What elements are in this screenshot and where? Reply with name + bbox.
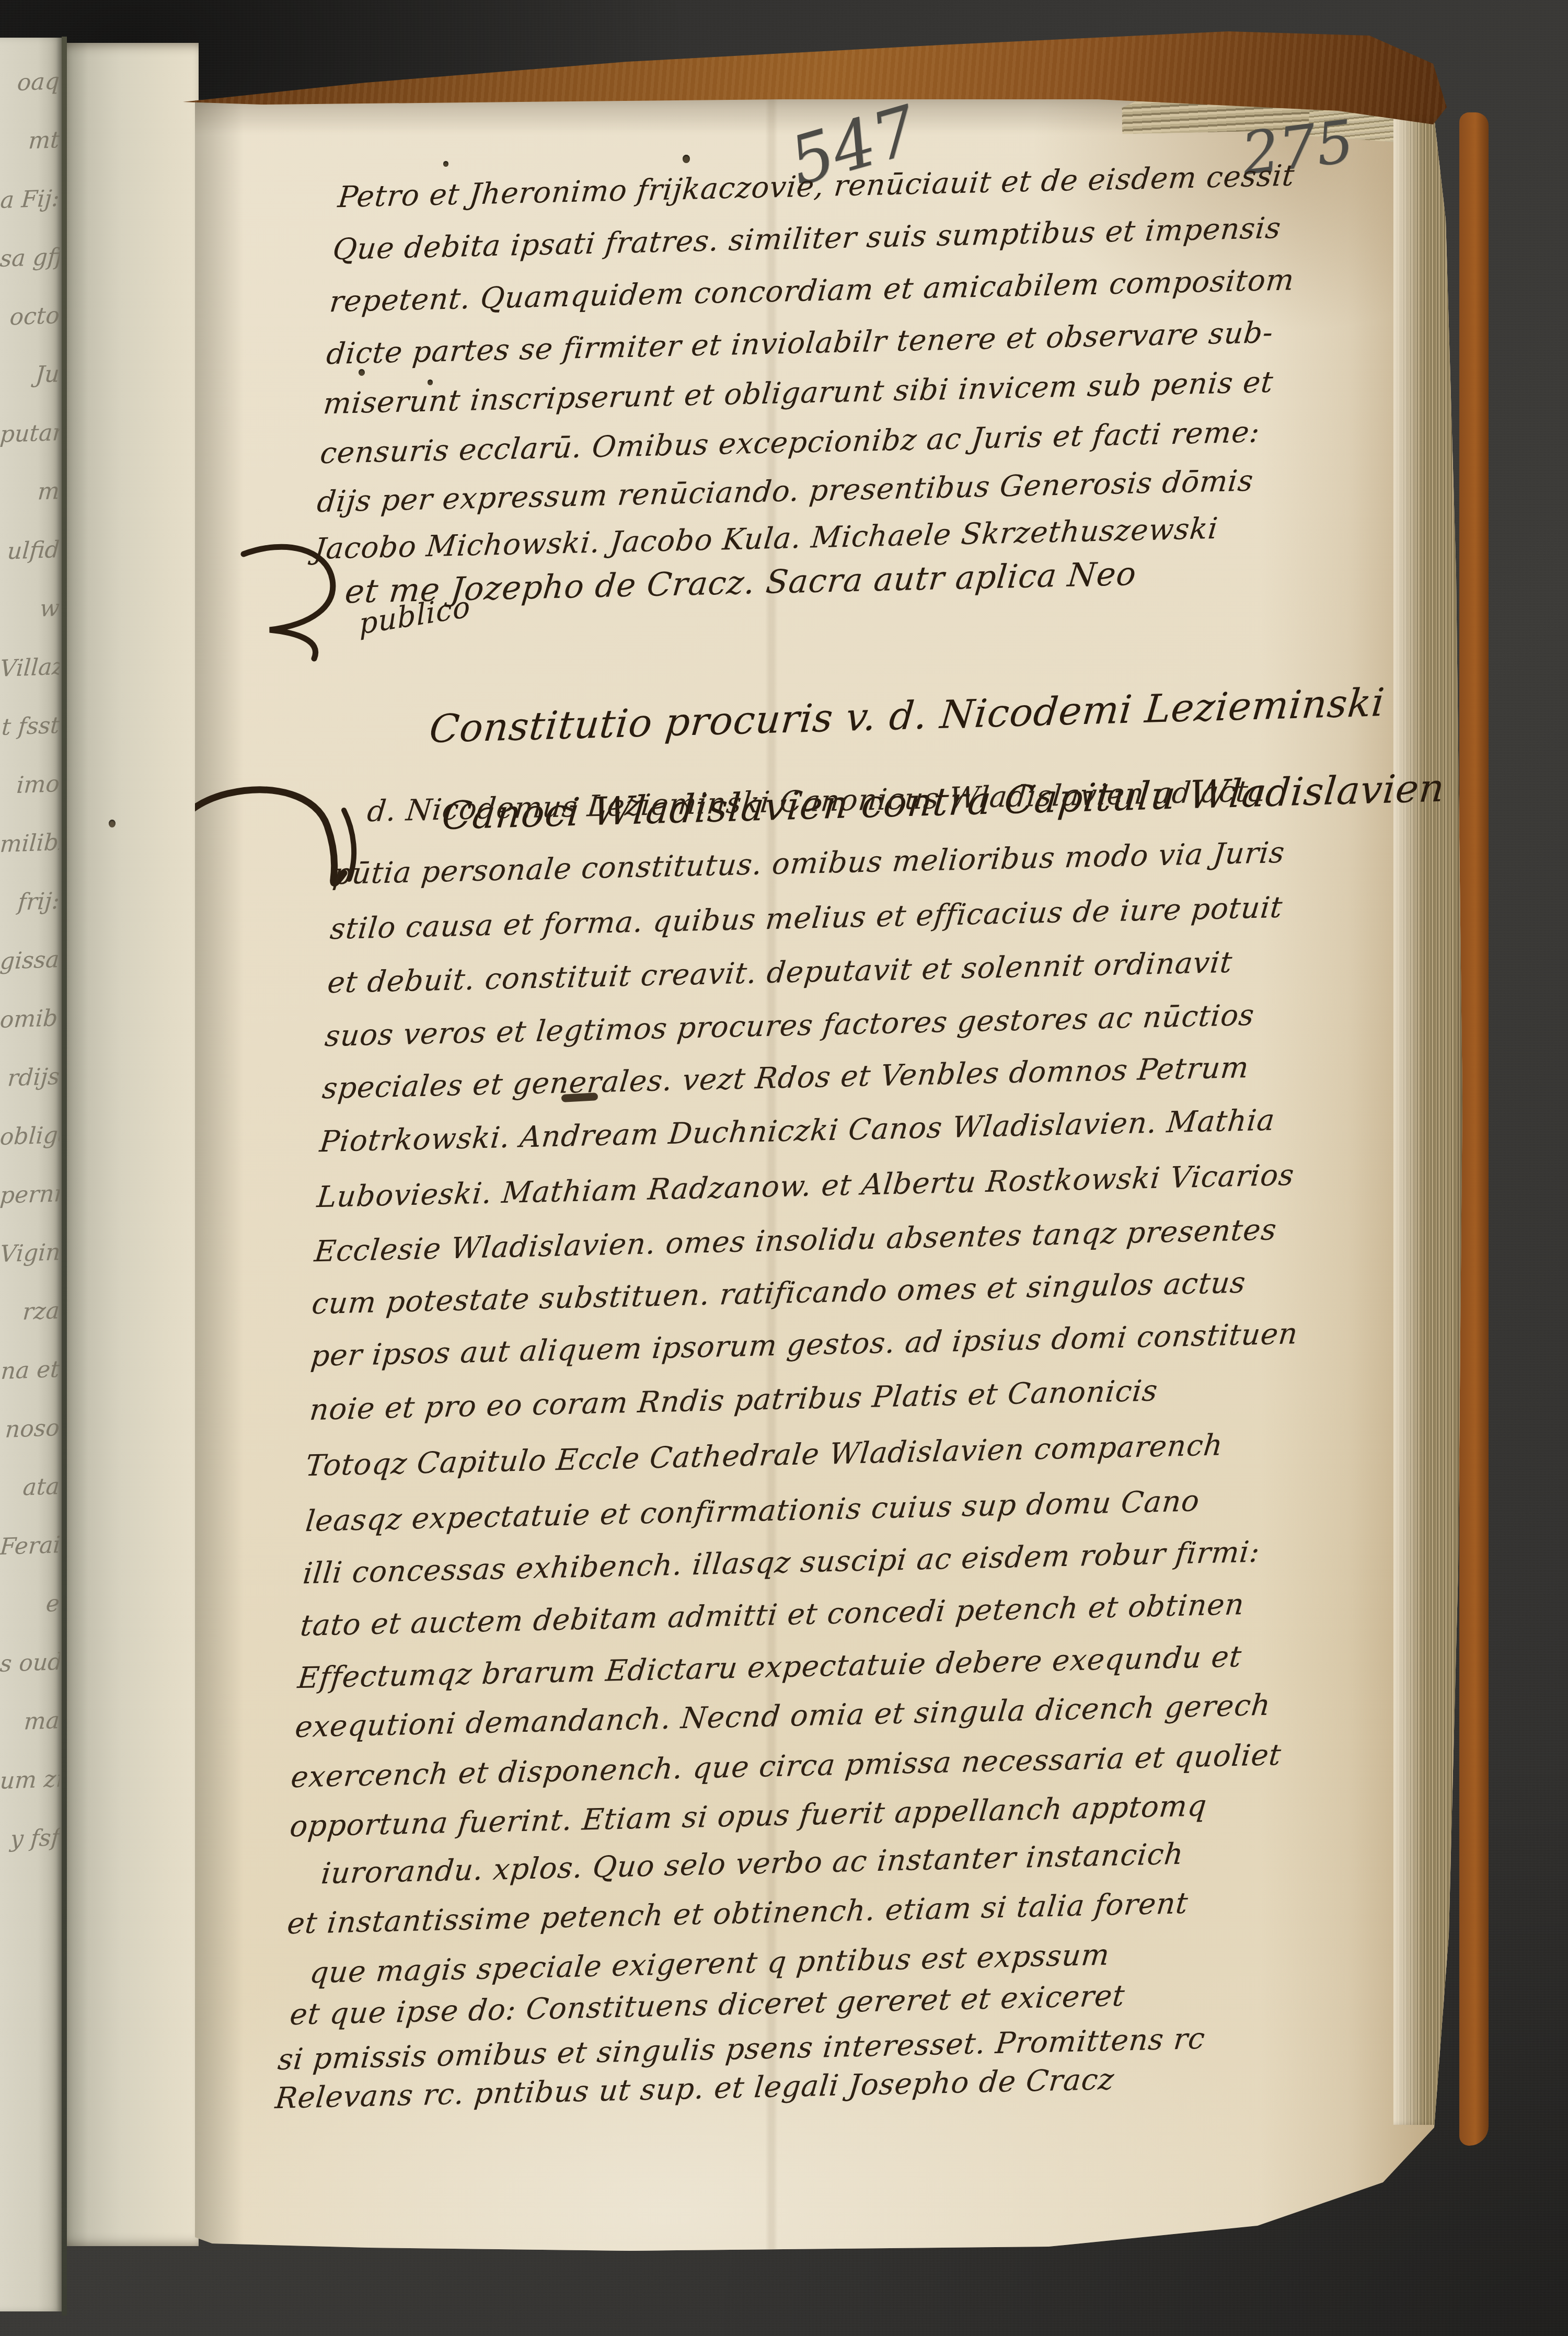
- marginal-fragment: Vigini: [0, 1239, 61, 1268]
- marginal-fragment: y fsf: [0, 1824, 61, 1853]
- manuscript-line: speciales et generales. vezt Rdos et Ven…: [320, 1051, 1250, 1106]
- manuscript-line: illi concessas exhibench. illasqz suscip…: [301, 1535, 1261, 1591]
- manuscript-line: suos veros et legtimos procures factores…: [323, 998, 1256, 1054]
- manuscript-line: cum potestate substituen. ratificando om…: [310, 1265, 1247, 1321]
- manuscript-line: Lubovieski. Mathiam Radzanow. et Albertu…: [315, 1158, 1296, 1215]
- marginal-fragment: w: [0, 595, 61, 624]
- manuscript-line: opportuna fuerint. Etiam si opus fuerit …: [288, 1789, 1208, 1844]
- wormhole: [443, 161, 448, 167]
- manuscript-line: tato et auctem debitam admitti et conced…: [298, 1587, 1246, 1643]
- manuscript-line: Piotrkowski. Andream Duchniczki Canos Wl…: [318, 1103, 1276, 1159]
- marginal-fragment: noso: [0, 1414, 61, 1443]
- marginal-fragment: mt: [0, 126, 61, 155]
- gutter-shadow: [62, 37, 67, 2316]
- marginal-fragment: ma: [0, 1707, 61, 1736]
- manuscript-line: pūtia personale constitutus. omibus meli…: [331, 836, 1286, 891]
- manuscript-line: iurorandu. xplos. Quo selo verbo ac inst…: [319, 1837, 1185, 1891]
- leather-cover-edge: [1459, 112, 1489, 2146]
- page-gutter-margin: [67, 43, 199, 2246]
- marginal-fragment: e: [0, 1590, 61, 1619]
- notary-flourish: [223, 533, 359, 669]
- marginal-fragment: frij:: [0, 888, 61, 916]
- marginal-fragment: m: [0, 478, 61, 507]
- marginal-fragment: milibz: [0, 829, 61, 858]
- marginal-fragment: obligart: [0, 1122, 61, 1150]
- marginal-fragment: ata: [0, 1473, 61, 1502]
- fore-edge-page-block: [1393, 97, 1462, 2125]
- heading-line: Constitutio procuris v. d. Nicodemi Lezi…: [428, 680, 1387, 752]
- manuscript-line: stilo causa et forma. quibus melius et e…: [328, 891, 1284, 947]
- manuscript-line: repetent. Quamquidem concordiam et amica…: [328, 263, 1296, 319]
- wormhole: [428, 379, 433, 385]
- facing-page-edge: oaq mt a Fij: sa gff octo Ju putam 10 m …: [0, 38, 63, 2311]
- manuscript-line: Totoqz Capitulo Eccle Cathedrale Wladisl…: [304, 1428, 1224, 1483]
- marginal-fragment: imo: [0, 770, 61, 799]
- marginal-fragment: putam 10: [0, 419, 61, 448]
- manuscript-line: noie et pro eo coram Rndis patribus Plat…: [308, 1374, 1159, 1427]
- marginal-fragment: Ju: [0, 361, 61, 389]
- manuscript-line: dicte partes se firmiter et inviolabilr …: [325, 316, 1275, 371]
- marginal-fragment: rdijs: [0, 1063, 61, 1092]
- manuscript-line: et debuit. constituit creavit. deputavit…: [326, 946, 1234, 1000]
- marginal-fragment: sa gff: [0, 244, 61, 272]
- manuscript-line: Effectumqz brarum Edictaru expectatuie d…: [296, 1640, 1243, 1695]
- wormhole: [109, 820, 116, 827]
- manuscript-line: Que debita ipsati fratres. similiter sui…: [331, 211, 1283, 267]
- marginal-fragment: gissas: [0, 946, 61, 975]
- marginal-fragment: ulfid: [0, 536, 61, 565]
- marginal-fragment: omibus: [0, 1005, 61, 1033]
- wormhole: [359, 369, 365, 376]
- manuscript-line: leasqz expectatuie et confirmationis cui…: [304, 1484, 1201, 1538]
- manuscript-line: dijs per expressum renūciando. presentib…: [315, 464, 1255, 519]
- manuscript-scan: oaq mt a Fij: sa gff octo Ju putam 10 m …: [0, 0, 1568, 2336]
- marginal-fragment: rza: [0, 1297, 61, 1326]
- marginal-fragment: t fsst: [0, 712, 61, 741]
- manuscript-line: et instantissime petench et obtinench. e…: [285, 1886, 1190, 1941]
- marginal-fragment: s oud: [0, 1649, 61, 1677]
- marginal-fragment: oaq: [0, 68, 61, 97]
- manuscript-line: exercench et disponench. que circa pmiss…: [289, 1738, 1283, 1794]
- wormhole: [683, 155, 690, 163]
- manuscript-line: exequtioni demandanch. Necnd omia et sin…: [293, 1688, 1272, 1745]
- marginal-fragment: um zm: [0, 1766, 61, 1794]
- marginal-fragment: octo: [0, 302, 61, 331]
- manuscript-line: per ipsos aut aliquem ipsorum gestos. ad…: [309, 1317, 1299, 1373]
- marginal-fragment: Villaz: [0, 653, 61, 682]
- marginal-fragment: pernmaz: [0, 1180, 61, 1209]
- marginal-fragment: na et: [0, 1356, 61, 1385]
- manuscript-line: Ecclesie Wladislavien. omes insolidu abs…: [313, 1213, 1278, 1269]
- marginal-fragment: a Fij:: [0, 185, 61, 214]
- marginal-fragment: Ferai: [0, 1532, 61, 1560]
- ink-smudge: [561, 1092, 598, 1102]
- manuscript-line: censuris ecclarū. Omibus excepcionibz ac…: [318, 415, 1261, 470]
- manuscript-line: miserunt inscripserunt et obligarunt sib…: [321, 365, 1275, 421]
- manuscript-page: 547 275 Petro et Jheronimo frijkaczovie,…: [66, 0, 1484, 2310]
